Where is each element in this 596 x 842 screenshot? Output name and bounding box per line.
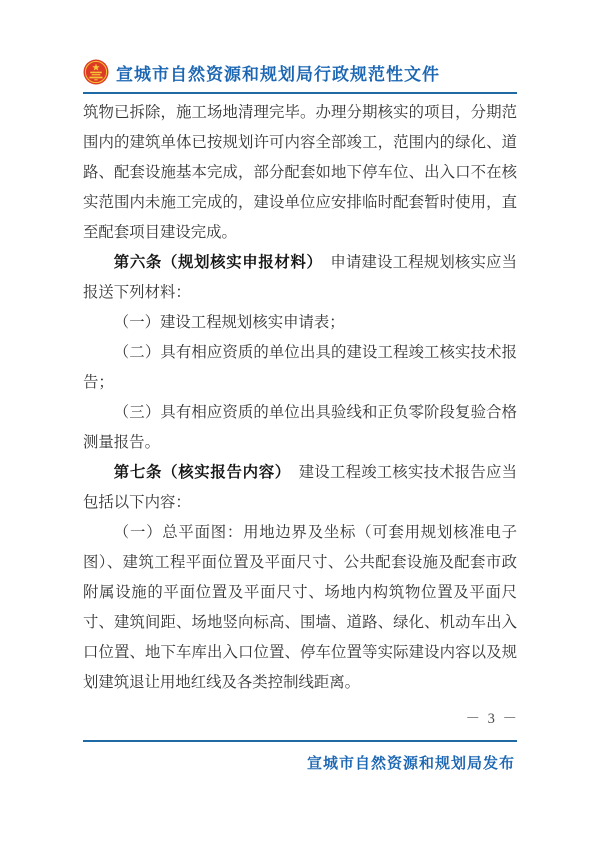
- page-number: － 3 －: [466, 707, 520, 728]
- header-title: 宣城市自然资源和规划局行政规范性文件: [116, 60, 440, 85]
- national-emblem-icon: [83, 59, 109, 85]
- paragraph: 第六条（规划核实申报材料） 申请建设工程规划核实应当报送下列材料：: [83, 248, 517, 308]
- paragraph: （三）具有相应资质的单位出具验线和正负零阶段复验合格测量报告。: [83, 398, 517, 458]
- paragraph: （一）建设工程规划核实申请表；: [83, 308, 517, 338]
- paragraph: 筑物已拆除，施工场地清理完毕。办理分期核实的项目，分期范围内的建筑单体已按规划许…: [83, 98, 517, 248]
- paragraph: 第七条（核实报告内容） 建设工程竣工核实技术报告应当包括以下内容：: [83, 458, 517, 518]
- paragraph: （二）具有相应资质的单位出具的建设工程竣工核实技术报告；: [83, 338, 517, 398]
- clause-title: 第六条（规划核实申报材料）: [114, 254, 315, 271]
- document-header: 宣城市自然资源和规划局行政规范性文件: [83, 59, 517, 94]
- clause-title: 第七条（核实报告内容）: [114, 464, 283, 481]
- document-page: 宣城市自然资源和规划局行政规范性文件 筑物已拆除，施工场地清理完毕。办理分期核实…: [0, 0, 596, 842]
- document-body: 筑物已拆除，施工场地清理完毕。办理分期核实的项目，分期范围内的建筑单体已按规划许…: [83, 98, 517, 698]
- paragraph: （一）总平面图：用地边界及坐标（可套用规划核准电子图）、建筑工程平面位置及平面尺…: [83, 518, 517, 698]
- publisher-text: 宣城市自然资源和规划局发布: [307, 752, 515, 773]
- footer-divider: [83, 740, 517, 742]
